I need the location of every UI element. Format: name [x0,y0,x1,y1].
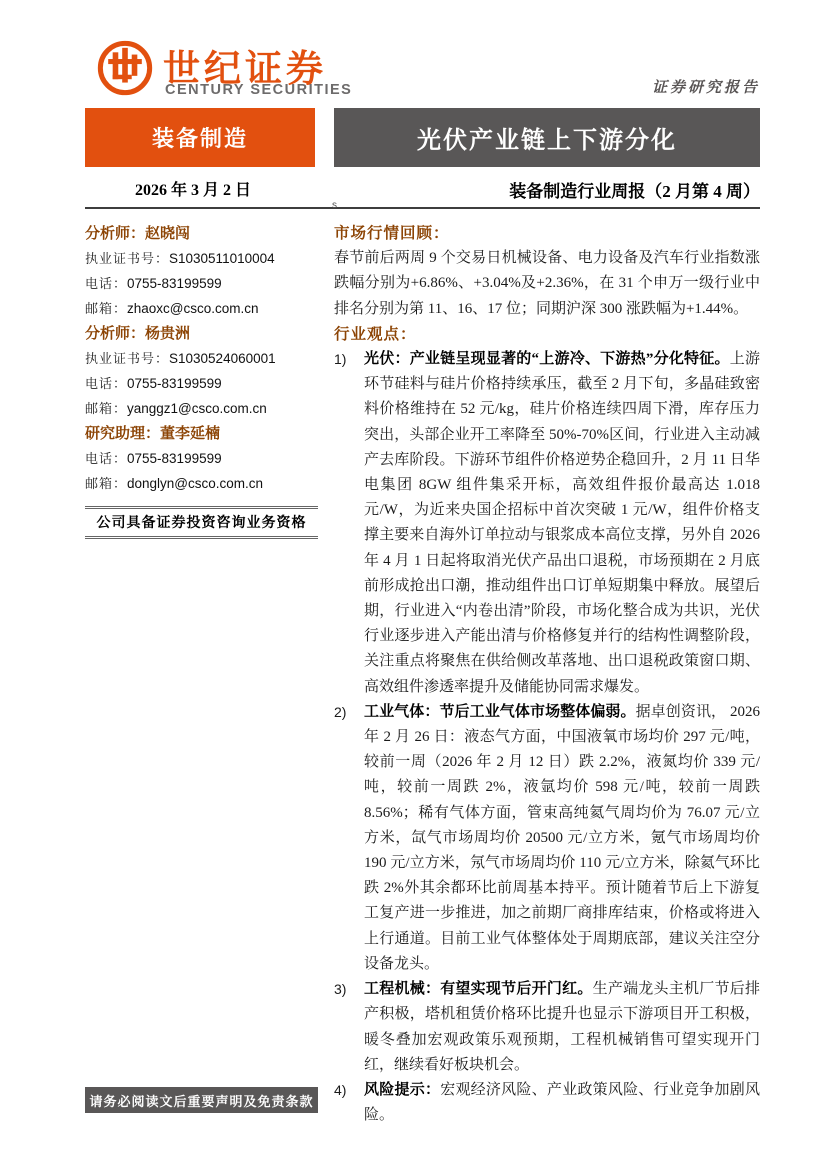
header-brand-row: 世纪证券 CENTURY SECURITIES 证券研究报告 [85,36,760,102]
analyst-field: 电话：0755-83199599 [85,271,318,296]
market-review-paragraph: 春节前后两周 9 个交易日机械设备、电力设备及汽车行业指数涨跌幅分别为+6.86… [334,246,760,322]
analyst-field: 邮箱：yanggz1@csco.com.cn [85,396,318,421]
analyst-sidebar: 分析师：赵晓闯 执业证书号：S1030511010004 电话：0755-831… [85,221,318,539]
analyst-email: zhaoxc@csco.com.cn [127,301,259,316]
header-divider [85,207,760,209]
date-row: 2026 年 3 月 2 日 装备制造行业周报（2 月第 4 周） [85,177,760,201]
point-text: 光伏：产业链呈现显著的“上游冷、下游热”分化特征。上游环节硅料与硅片价格持续承压… [364,347,760,700]
point-text: 工业气体：节后工业气体市场整体偏弱。据卓创资讯， 2026 年 2 月 26 日… [364,700,760,977]
analyst-field: 执业证书号：S1030511010004 [85,246,318,271]
analyst-email: yanggz1@csco.com.cn [127,401,267,416]
industry-point-machinery: 3) 工程机械：有望实现节后开门红。生产端龙头主机厂节后排产积极，塔机租赁价格环… [334,977,760,1078]
report-type-label: 证券研究报告 [652,76,760,97]
divider-artifact-mark: s [332,200,337,211]
assistant-email: donglyn@csco.com.cn [127,476,263,491]
analyst-role-name: 分析师：赵晓闯 [85,221,318,246]
industry-views-heading: 行业观点： [334,322,760,347]
report-date: 2026 年 3 月 2 日 [135,177,251,200]
industry-point-gas: 2) 工业气体：节后工业气体市场整体偏弱。据卓创资讯， 2026 年 2 月 2… [334,700,760,977]
report-page: 世纪证券 CENTURY SECURITIES 证券研究报告 装备制造 光伏产业… [0,0,826,1169]
analyst-role-name: 分析师：杨贵洲 [85,321,318,346]
report-title-banner: 光伏产业链上下游分化 [334,108,760,167]
industry-point-pv: 1) 光伏：产业链呈现显著的“上游冷、下游热”分化特征。上游环节硅料与硅片价格持… [334,347,760,700]
point-number: 4) [334,1078,364,1128]
analyst-field: 邮箱：zhaoxc@csco.com.cn [85,296,318,321]
century-securities-logo-icon [97,40,153,96]
disclaimer-banner: 请务必阅读文后重要声明及免责条款 [85,1087,318,1113]
assistant-field: 邮箱：donglyn@csco.com.cn [85,471,318,496]
assistant-field: 电话：0755-83199599 [85,446,318,471]
brand-name-en: CENTURY SECURITIES [165,82,352,98]
industry-category-banner: 装备制造 [85,108,315,167]
point-number: 1) [334,347,364,700]
report-subtitle: 装备制造行业周报（2 月第 4 周） [509,177,760,202]
analyst-field: 执业证书号：S1030524060001 [85,346,318,371]
market-review-heading: 市场行情回顾： [334,221,760,246]
qualification-statement: 公司具备证券投资咨询业务资格 [85,506,318,539]
point-text: 风险提示：宏观经济风险、产业政策风险、行业竞争加剧风险。 [364,1078,760,1128]
point-text: 工程机械：有望实现节后开门红。生产端龙头主机厂节后排产积极，塔机租赁价格环比提升… [364,977,760,1078]
report-body: 市场行情回顾： 春节前后两周 9 个交易日机械设备、电力设备及汽车行业指数涨跌幅… [334,221,760,1128]
point-number: 2) [334,700,364,977]
assistant-role-name: 研究助理：董李延楠 [85,421,318,446]
industry-point-risk: 4) 风险提示：宏观经济风险、产业政策风险、行业竞争加剧风险。 [334,1078,760,1128]
point-number: 3) [334,977,364,1078]
analyst-field: 电话：0755-83199599 [85,371,318,396]
